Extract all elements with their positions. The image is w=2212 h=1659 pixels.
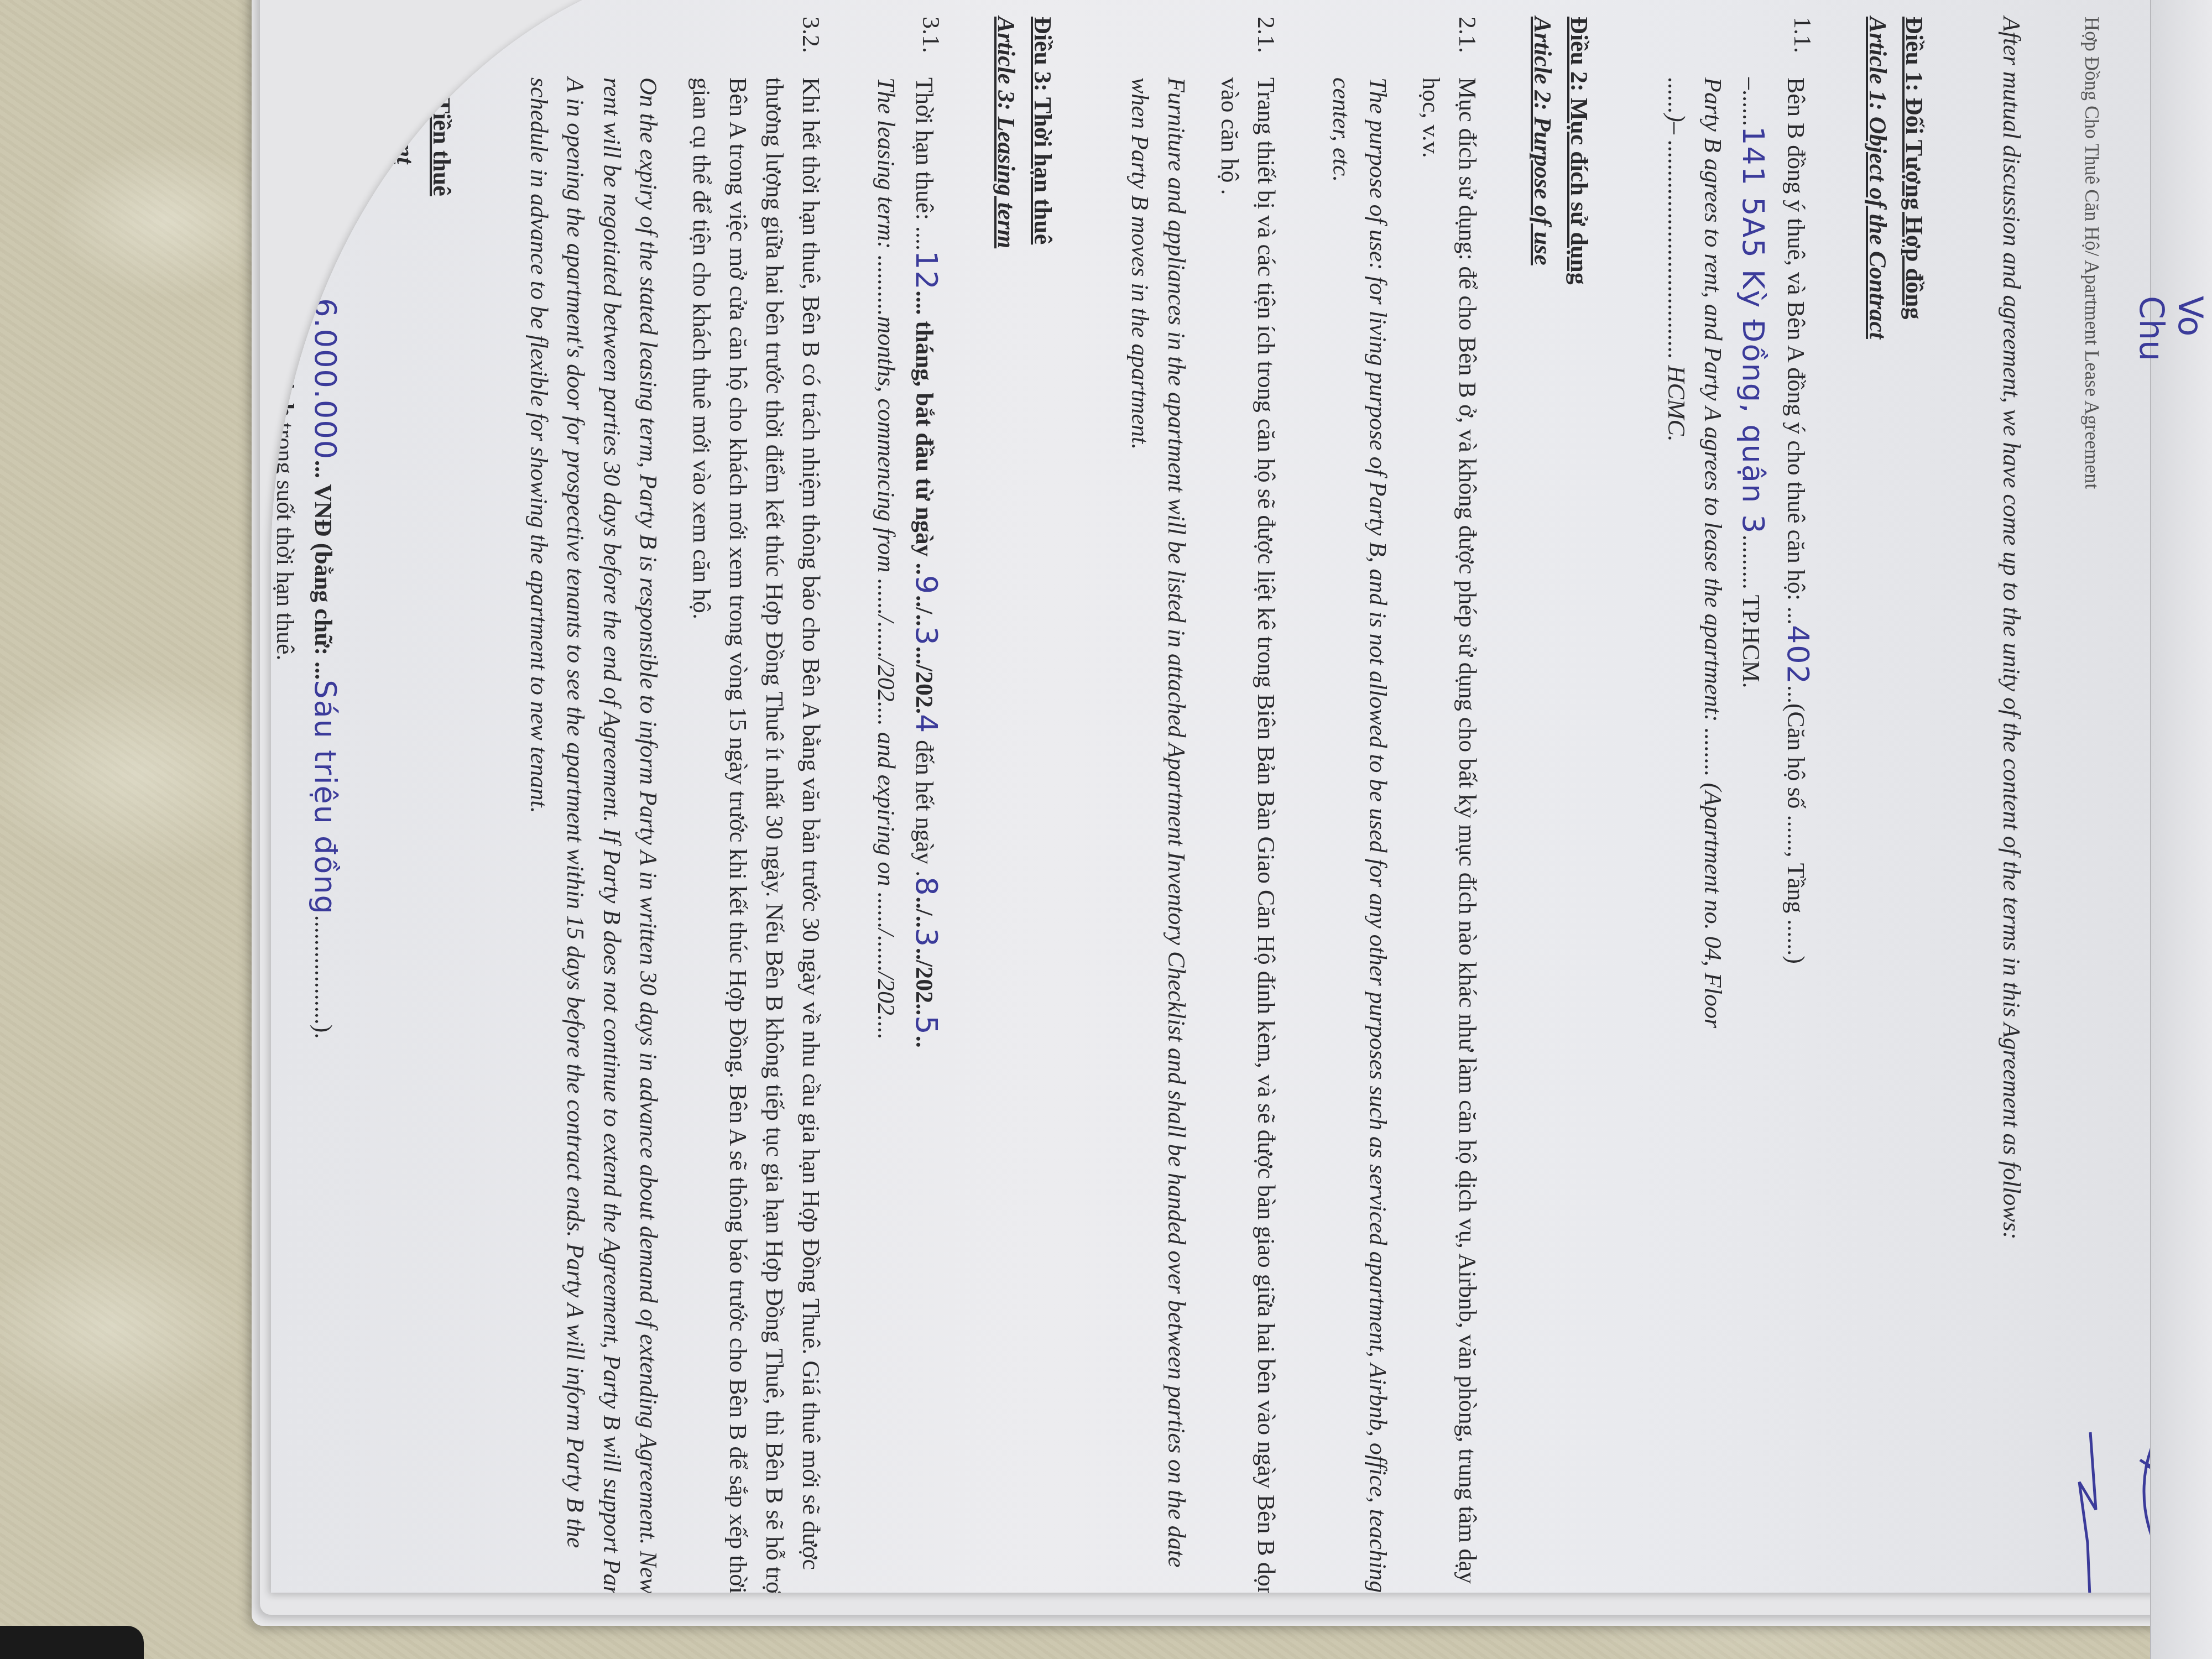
handwritten-apartment-number: 402	[1781, 625, 1815, 685]
clause-2-1: 2.1. Mục đích sử dụng: để cho Bên B ở, v…	[1323, 17, 1485, 1593]
article-4-title-en: Article 4: Rent	[387, 17, 423, 1593]
handwritten-start-month: 3	[909, 626, 944, 646]
clause-1-1: 1.1. Bên B đồng ý thuê, và Bên A đồng ý …	[1658, 17, 1820, 1593]
page-content-rotated: Hợp Đồng Cho Thuê Căn Hộ/ Apartment Leas…	[282, 17, 2107, 1593]
handwritten-rent-words: Sáu triệu đồng	[308, 680, 343, 915]
handwritten-start-year: 4	[909, 714, 944, 734]
intro-text: After mutual discussion and agreement, w…	[1993, 17, 2030, 1593]
clause-2-2: 2.1. Trang thiết bị và các tiện ích tron…	[1121, 17, 1284, 1593]
article-3-title-en: Article 3: Leasing term	[988, 17, 1024, 1593]
article-4-title-vi: Điều 4: Tiền thuê	[423, 17, 460, 1593]
article-1-title-en: Article 1: Object of the Contract	[1859, 17, 1896, 1593]
handwritten-start-day: 9	[909, 575, 944, 595]
document-header: Hợp Đồng Cho Thuê Căn Hộ/ Apartment Leas…	[2077, 17, 2107, 489]
article-2-title-vi: Điều 2: Mục đích sử dụng	[1561, 17, 1597, 1593]
page-edge: Vo Chu	[2150, 0, 2212, 1659]
edge-handwriting: Vo Chu	[2132, 296, 2209, 379]
handwritten-end-day: 8	[909, 877, 944, 896]
handwritten-end-month: 3	[909, 928, 944, 948]
handwritten-end-year: 5	[909, 1015, 944, 1035]
handwritten-rent-amount: 6.000.000	[308, 298, 343, 460]
handwritten-address: 141 5A5 Kỳ Đồng, quận 3	[1736, 126, 1771, 535]
handwritten-term-months: 12	[909, 251, 944, 291]
finger-shadow	[0, 1626, 144, 1659]
article-2-title-en: Article 2: Purpose of use	[1524, 17, 1561, 1593]
article-3-title-vi: Điều 3: Thời hạn thuê	[1024, 17, 1061, 1593]
clause-4-1: 4.1. Tiền thuê mỗi tháng: ..6.000.000...…	[271, 17, 348, 1593]
clause-3-1: 3.1. Thời hạn thuê: ....12.... tháng, bắ…	[868, 17, 949, 1593]
document-page: Hợp Đồng Cho Thuê Căn Hộ/ Apartment Leas…	[271, 0, 2212, 1593]
clause-3-2: 3.2. Khi hết thời hạn thuê, Bên B có trá…	[520, 17, 829, 1593]
article-1-title-vi: Điều 1: Đối Tượng Hợp đồng	[1896, 17, 1932, 1593]
